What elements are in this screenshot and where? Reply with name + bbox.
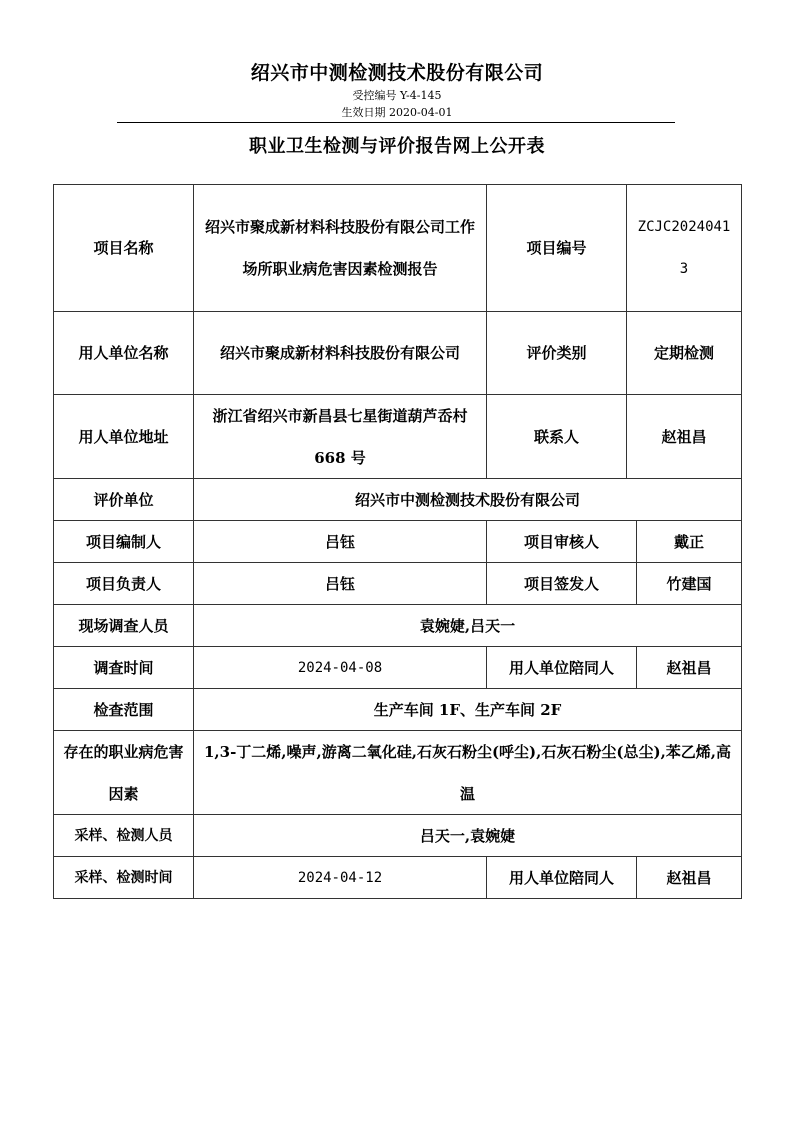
survey-staff-label: 现场调查人员 [54, 605, 193, 646]
effective-date: 生效日期 2020-04-01 [0, 104, 794, 120]
reviewer-value: 戴正 [636, 521, 741, 562]
sampling-staff-value: 吕天一,袁婉婕 [193, 815, 741, 856]
leader-value: 吕钰 [193, 563, 486, 604]
table-row: 用人单位地址 浙江省绍兴市新昌县七星街道葫芦岙村 668 号 联系人 赵祖昌 [54, 394, 741, 478]
sampling-time-label: 采样、检测时间 [54, 857, 193, 898]
contact-value: 赵祖昌 [626, 395, 741, 478]
survey-time-label: 调查时间 [54, 647, 193, 688]
evaluator-label: 评价单位 [54, 479, 193, 520]
table-row: 用人单位名称 绍兴市聚成新材料科技股份有限公司 评价类别 定期检测 [54, 311, 741, 394]
header-divider [117, 122, 675, 123]
table-row: 采样、检测时间 2024-04-12 用人单位陪同人 赵祖昌 [54, 856, 741, 898]
survey-escort-label: 用人单位陪同人 [486, 647, 636, 688]
sampling-escort-label: 用人单位陪同人 [486, 857, 636, 898]
issuer-value: 竹建国 [636, 563, 741, 604]
issuer-label: 项目签发人 [486, 563, 636, 604]
control-number: 受控编号 Y-4-145 [0, 87, 794, 103]
project-no-value: ZCJC20240413 [626, 185, 741, 311]
project-no-label: 项目编号 [486, 185, 626, 311]
table-row: 存在的职业病危害因素 1,3-丁二烯,噪声,游离二氧化硅,石灰石粉尘(呼尘),石… [54, 730, 741, 814]
survey-staff-value: 袁婉婕,吕天一 [193, 605, 741, 646]
table-row: 检查范围 生产车间 1F、生产车间 2F [54, 688, 741, 730]
employer-name-value: 绍兴市聚成新材料科技股份有限公司 [193, 312, 486, 394]
table-row: 项目编制人 吕钰 项目审核人 戴正 [54, 520, 741, 562]
eval-type-label: 评价类别 [486, 312, 626, 394]
project-name-label: 项目名称 [54, 185, 193, 311]
contact-label: 联系人 [486, 395, 626, 478]
document-title: 职业卫生检测与评价报告网上公开表 [0, 132, 794, 158]
survey-escort-value: 赵祖昌 [636, 647, 741, 688]
scope-value: 生产车间 1F、生产车间 2F [193, 689, 741, 730]
eval-type-value: 定期检测 [626, 312, 741, 394]
scope-label: 检查范围 [54, 689, 193, 730]
table-row: 项目负责人 吕钰 项目签发人 竹建国 [54, 562, 741, 604]
table-row: 现场调查人员 袁婉婕,吕天一 [54, 604, 741, 646]
sampling-escort-value: 赵祖昌 [636, 857, 741, 898]
employer-address-label: 用人单位地址 [54, 395, 193, 478]
leader-label: 项目负责人 [54, 563, 193, 604]
project-name-value: 绍兴市聚成新材料科技股份有限公司工作场所职业病危害因素检测报告 [193, 185, 486, 311]
sampling-time-value: 2024-04-12 [193, 857, 486, 898]
table-row: 调查时间 2024-04-08 用人单位陪同人 赵祖昌 [54, 646, 741, 688]
table-row: 评价单位 绍兴市中测检测技术股份有限公司 [54, 478, 741, 520]
compiler-value: 吕钰 [193, 521, 486, 562]
disclosure-table: 项目名称 绍兴市聚成新材料科技股份有限公司工作场所职业病危害因素检测报告 项目编… [53, 184, 742, 899]
sampling-staff-label: 采样、检测人员 [54, 815, 193, 856]
evaluator-value: 绍兴市中测检测技术股份有限公司 [193, 479, 741, 520]
hazards-value: 1,3-丁二烯,噪声,游离二氧化硅,石灰石粉尘(呼尘),石灰石粉尘(总尘),苯乙… [193, 731, 741, 814]
survey-time-value: 2024-04-08 [193, 647, 486, 688]
reviewer-label: 项目审核人 [486, 521, 636, 562]
company-name: 绍兴市中测检测技术股份有限公司 [0, 58, 794, 85]
compiler-label: 项目编制人 [54, 521, 193, 562]
table-row: 采样、检测人员 吕天一,袁婉婕 [54, 814, 741, 856]
table-row: 项目名称 绍兴市聚成新材料科技股份有限公司工作场所职业病危害因素检测报告 项目编… [54, 185, 741, 311]
employer-address-value: 浙江省绍兴市新昌县七星街道葫芦岙村 668 号 [193, 395, 486, 478]
employer-name-label: 用人单位名称 [54, 312, 193, 394]
hazards-label: 存在的职业病危害因素 [54, 731, 193, 814]
